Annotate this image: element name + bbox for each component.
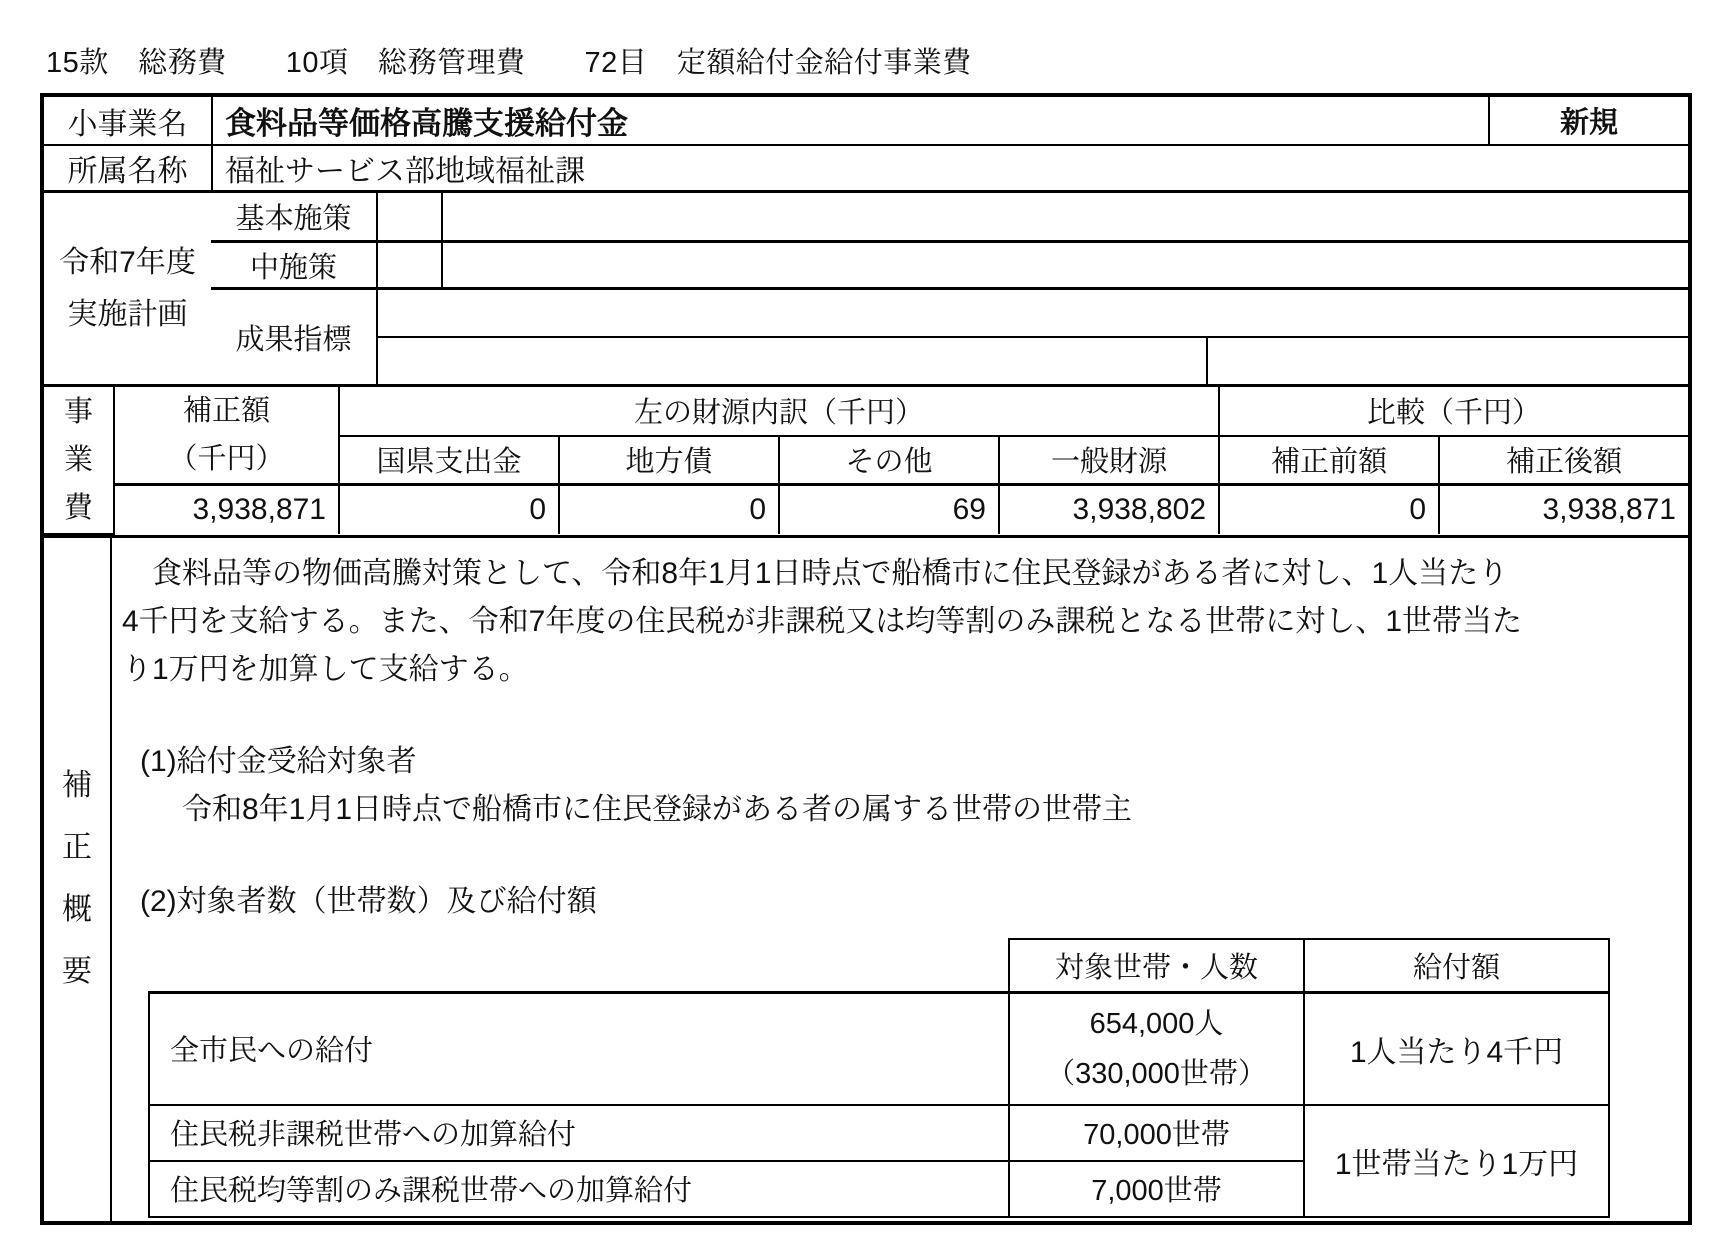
detail-row-tax-exempt: 住民税非課税世帯への加算給付 70,000世帯 1世帯当たり1万円 [149, 1105, 1609, 1161]
sub-business-row: 小事業名 食料品等価格高騰支援給付金 新規 [44, 97, 1688, 144]
budget-classification-line: 15款 総務費 10項 総務管理費 72目 定額給付金給付事業費 [0, 0, 1716, 93]
value-general-funds: 3,938,802 [999, 485, 1219, 534]
cost-header-row-1: 事業費 補正額 （千円） 左の財源内訳（千円） 比較（千円） [44, 387, 1688, 436]
amendment-summary-content: 食料品等の物価高騰対策として、令和8年1月1日時点で船橋市に住民登録がある者に対… [112, 538, 1688, 1222]
project-cost-table: 事業費 補正額 （千円） 左の財源内訳（千円） 比較（千円） 国県支出金 地方債… [44, 387, 1688, 535]
spacer [116, 694, 1670, 738]
cost-values-row: 3,938,871 0 0 69 3,938,802 0 3,938,871 [44, 485, 1688, 534]
basic-policy-row: 基本施策 [211, 193, 1688, 240]
comparison-group-header: 比較（千円） [1219, 387, 1688, 436]
project-cost-row-label-cell: 事業費 [44, 387, 114, 534]
amendment-summary-label-cell: 補正概要 [44, 538, 112, 1222]
item2-title: (2)対象者数（世帯数）及び給付額 [140, 878, 1670, 926]
plan-right-grid: 基本施策 中施策 成果指標 [211, 193, 1688, 384]
detail-amount-header: 給付額 [1304, 939, 1609, 993]
amendment-summary-label: 補正概要 [61, 755, 93, 1003]
value-post-amendment: 3,938,871 [1439, 485, 1688, 534]
outcome-indicator-row: 成果指標 [211, 287, 1688, 384]
detail-header-spacer-cell [149, 939, 1009, 993]
mid-policy-row: 中施策 [211, 240, 1688, 287]
col-header-local-bonds: 地方債 [559, 436, 779, 485]
detail-row-amount: 1人当たり4千円 [1304, 993, 1609, 1105]
detail-row-label: 全市民への給付 [149, 993, 1009, 1105]
col-header-other: その他 [779, 436, 999, 485]
detail-count-header: 対象世帯・人数 [1009, 939, 1304, 993]
item1-body: 令和8年1月1日時点で船橋市に住民登録がある者の属する世帯の世帯主 [182, 786, 1670, 834]
value-local-bonds: 0 [559, 485, 779, 534]
plan-fiscal-year-label: 令和7年度 実施計画 [44, 193, 211, 384]
col-header-national-prefectural: 国県支出金 [339, 436, 559, 485]
value-other: 69 [779, 485, 999, 534]
detail-row-count: 70,000世帯 [1009, 1105, 1304, 1161]
col-header-general-funds: 一般財源 [999, 436, 1219, 485]
detail-header-row: 対象世帯・人数 給付額 [149, 939, 1609, 993]
outcome-bottom-right-cell [1206, 338, 1688, 384]
detail-row-label: 住民税均等割のみ課税世帯への加算給付 [149, 1161, 1009, 1217]
summary-description: 食料品等の物価高騰対策として、令和8年1月1日時点で船橋市に住民登録がある者に対… [122, 550, 1670, 694]
department-label: 所属名称 [44, 146, 211, 190]
basic-policy-value-cell [441, 193, 1688, 240]
col-header-post-amendment: 補正後額 [1439, 436, 1688, 485]
value-pre-amendment: 0 [1219, 485, 1439, 534]
project-cost-row-label: 事業費 [63, 388, 93, 532]
basic-policy-code-cell [376, 193, 441, 240]
mid-policy-code-cell [376, 243, 441, 287]
new-flag-badge: 新規 [1488, 97, 1688, 144]
detail-row-label: 住民税非課税世帯への加算給付 [149, 1105, 1009, 1161]
detail-row-count: 654,000人 （330,000世帯） [1009, 993, 1304, 1105]
department-row: 所属名称 福祉サービス部地域福祉課 [44, 144, 1688, 190]
outcome-indicator-label: 成果指標 [211, 290, 376, 384]
budget-document-page: 15款 総務費 10項 総務管理費 72目 定額給付金給付事業費 小事業名 食料… [0, 0, 1716, 1238]
basic-policy-label: 基本施策 [211, 193, 376, 240]
project-cost-section: 事業費 補正額 （千円） 左の財源内訳（千円） 比較（千円） 国県支出金 地方債… [44, 384, 1688, 535]
source-breakdown-group-header: 左の財源内訳（千円） [339, 387, 1219, 436]
amendment-summary-section: 補正概要 食料品等の物価高騰対策として、令和8年1月1日時点で船橋市に住民登録が… [44, 535, 1688, 1222]
sub-business-name: 食料品等価格高騰支援給付金 [211, 97, 1488, 144]
detail-row-amount-merged: 1世帯当たり1万円 [1304, 1105, 1609, 1217]
amount-column-header: 補正額 （千円） [114, 387, 339, 485]
outcome-value-area [376, 290, 1688, 384]
value-amendment-amount: 3,938,871 [114, 485, 339, 534]
spacer [116, 834, 1670, 878]
detail-row-count: 7,000世帯 [1009, 1161, 1304, 1217]
department-name: 福祉サービス部地域福祉課 [211, 146, 1688, 190]
mid-policy-value-cell [441, 243, 1688, 287]
sub-business-label: 小事業名 [44, 97, 211, 144]
budget-sheet-table: 小事業名 食料品等価格高騰支援給付金 新規 所属名称 福祉サービス部地域福祉課 … [40, 93, 1692, 1225]
detail-row-all-citizens: 全市民への給付 654,000人 （330,000世帯） 1人当たり4千円 [149, 993, 1609, 1105]
outcome-value-top-cell [378, 290, 1688, 336]
recipients-detail-table: 対象世帯・人数 給付額 全市民への給付 654,000人 （330,000世帯）… [148, 938, 1610, 1218]
implementation-plan-section: 令和7年度 実施計画 基本施策 中施策 成果指標 [44, 190, 1688, 384]
item1-title: (1)給付金受給対象者 [140, 738, 1670, 786]
outcome-value-bottom-row [378, 336, 1688, 384]
col-header-pre-amendment: 補正前額 [1219, 436, 1439, 485]
value-national-prefectural: 0 [339, 485, 559, 534]
mid-policy-label: 中施策 [211, 243, 376, 287]
outcome-bottom-left-cell [378, 338, 1206, 384]
